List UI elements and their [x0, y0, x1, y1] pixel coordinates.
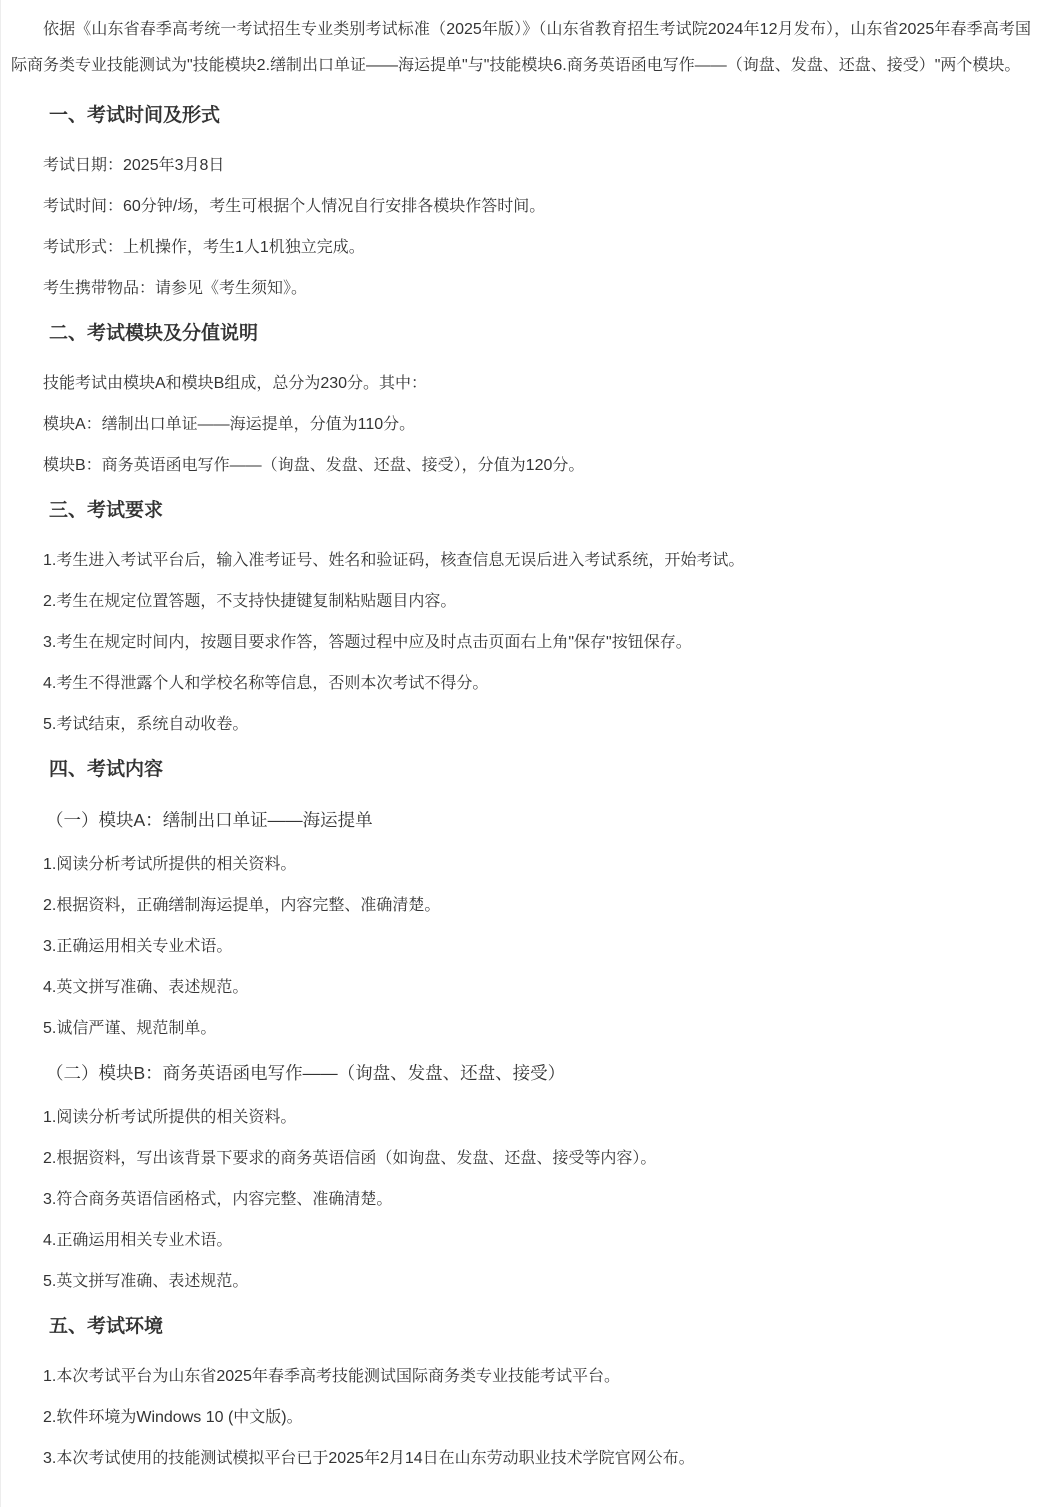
module-a-item-1: 1.阅读分析考试所提供的相关资料。	[11, 852, 1031, 878]
module-b-item-5: 5.英文拼写准确、表述规范。	[11, 1269, 1031, 1295]
module-a-item-4: 4.英文拼写准确、表述规范。	[11, 975, 1031, 1001]
section-title-exam-requirements: 三、考试要求	[11, 497, 1031, 524]
requirement-item-3: 3.考生在规定时间内，按题目要求作答，答题过程中应及时点击页面右上角"保存"按钮…	[11, 630, 1031, 656]
environment-item-1: 1.本次考试平台为山东省2025年春季高考技能测试国际商务类专业技能考试平台。	[11, 1364, 1031, 1390]
requirement-item-1: 1.考生进入考试平台后，输入准考证号、姓名和验证码，核查信息无误后进入考试系统，…	[11, 548, 1031, 574]
exam-format-paragraph: 考试形式：上机操作，考生1人1机独立完成。	[11, 235, 1031, 261]
section-title-exam-environment: 五、考试环境	[11, 1313, 1031, 1340]
intro-paragraph: 依据《山东省春季高考统一考试招生专业类别考试标准（2025年版）》（山东省教育招…	[11, 12, 1031, 84]
module-b-item-4: 4.正确运用相关专业术语。	[11, 1228, 1031, 1254]
section-title-exam-time-format: 一、考试时间及形式	[11, 102, 1031, 129]
subsection-title-module-b: （二）模块B：商务英语函电写作——（询盘、发盘、还盘、接受）	[11, 1060, 1031, 1087]
subsection-title-module-a: （一）模块A：缮制出口单证——海运提单	[11, 807, 1031, 834]
module-b-item-2: 2.根据资料，写出该背景下要求的商务英语信函（如询盘、发盘、还盘、接受等内容）。	[11, 1146, 1031, 1172]
module-a-item-2: 2.根据资料，正确缮制海运提单，内容完整、准确清楚。	[11, 893, 1031, 919]
exam-items-paragraph: 考生携带物品：请参见《考生须知》。	[11, 276, 1031, 302]
total-score-paragraph: 技能考试由模块A和模块B组成，总分为230分。其中：	[11, 371, 1031, 397]
document-page: { "colors": { "background": "#ffffff", "…	[0, 0, 1041, 1507]
exam-duration-paragraph: 考试时间：60分钟/场，考生可根据个人情况自行安排各模块作答时间。	[11, 194, 1031, 220]
requirement-item-4: 4.考生不得泄露个人和学校名称等信息，否则本次考试不得分。	[11, 671, 1031, 697]
module-a-score-paragraph: 模块A：缮制出口单证——海运提单，分值为110分。	[11, 412, 1031, 438]
environment-item-2: 2.软件环境为Windows 10 (中文版)。	[11, 1405, 1031, 1431]
exam-date-paragraph: 考试日期：2025年3月8日	[11, 153, 1031, 179]
environment-item-3: 3.本次考试使用的技能测试模拟平台已于2025年2月14日在山东劳动职业技术学院…	[11, 1446, 1031, 1472]
requirement-item-5: 5.考试结束，系统自动收卷。	[11, 712, 1031, 738]
module-b-score-paragraph: 模块B：商务英语函电写作——（询盘、发盘、还盘、接受），分值为120分。	[11, 453, 1031, 479]
module-b-item-1: 1.阅读分析考试所提供的相关资料。	[11, 1105, 1031, 1131]
section-title-exam-content: 四、考试内容	[11, 756, 1031, 783]
exam-notice-document: 依据《山东省春季高考统一考试招生专业类别考试标准（2025年版）》（山东省教育招…	[11, 12, 1031, 1472]
module-a-item-3: 3.正确运用相关专业术语。	[11, 934, 1031, 960]
requirement-item-2: 2.考生在规定位置答题，不支持快捷键复制粘贴题目内容。	[11, 589, 1031, 615]
module-a-item-5: 5.诚信严谨、规范制单。	[11, 1016, 1031, 1042]
section-title-modules-scores: 二、考试模块及分值说明	[11, 320, 1031, 347]
module-b-item-3: 3.符合商务英语信函格式，内容完整、准确清楚。	[11, 1187, 1031, 1213]
